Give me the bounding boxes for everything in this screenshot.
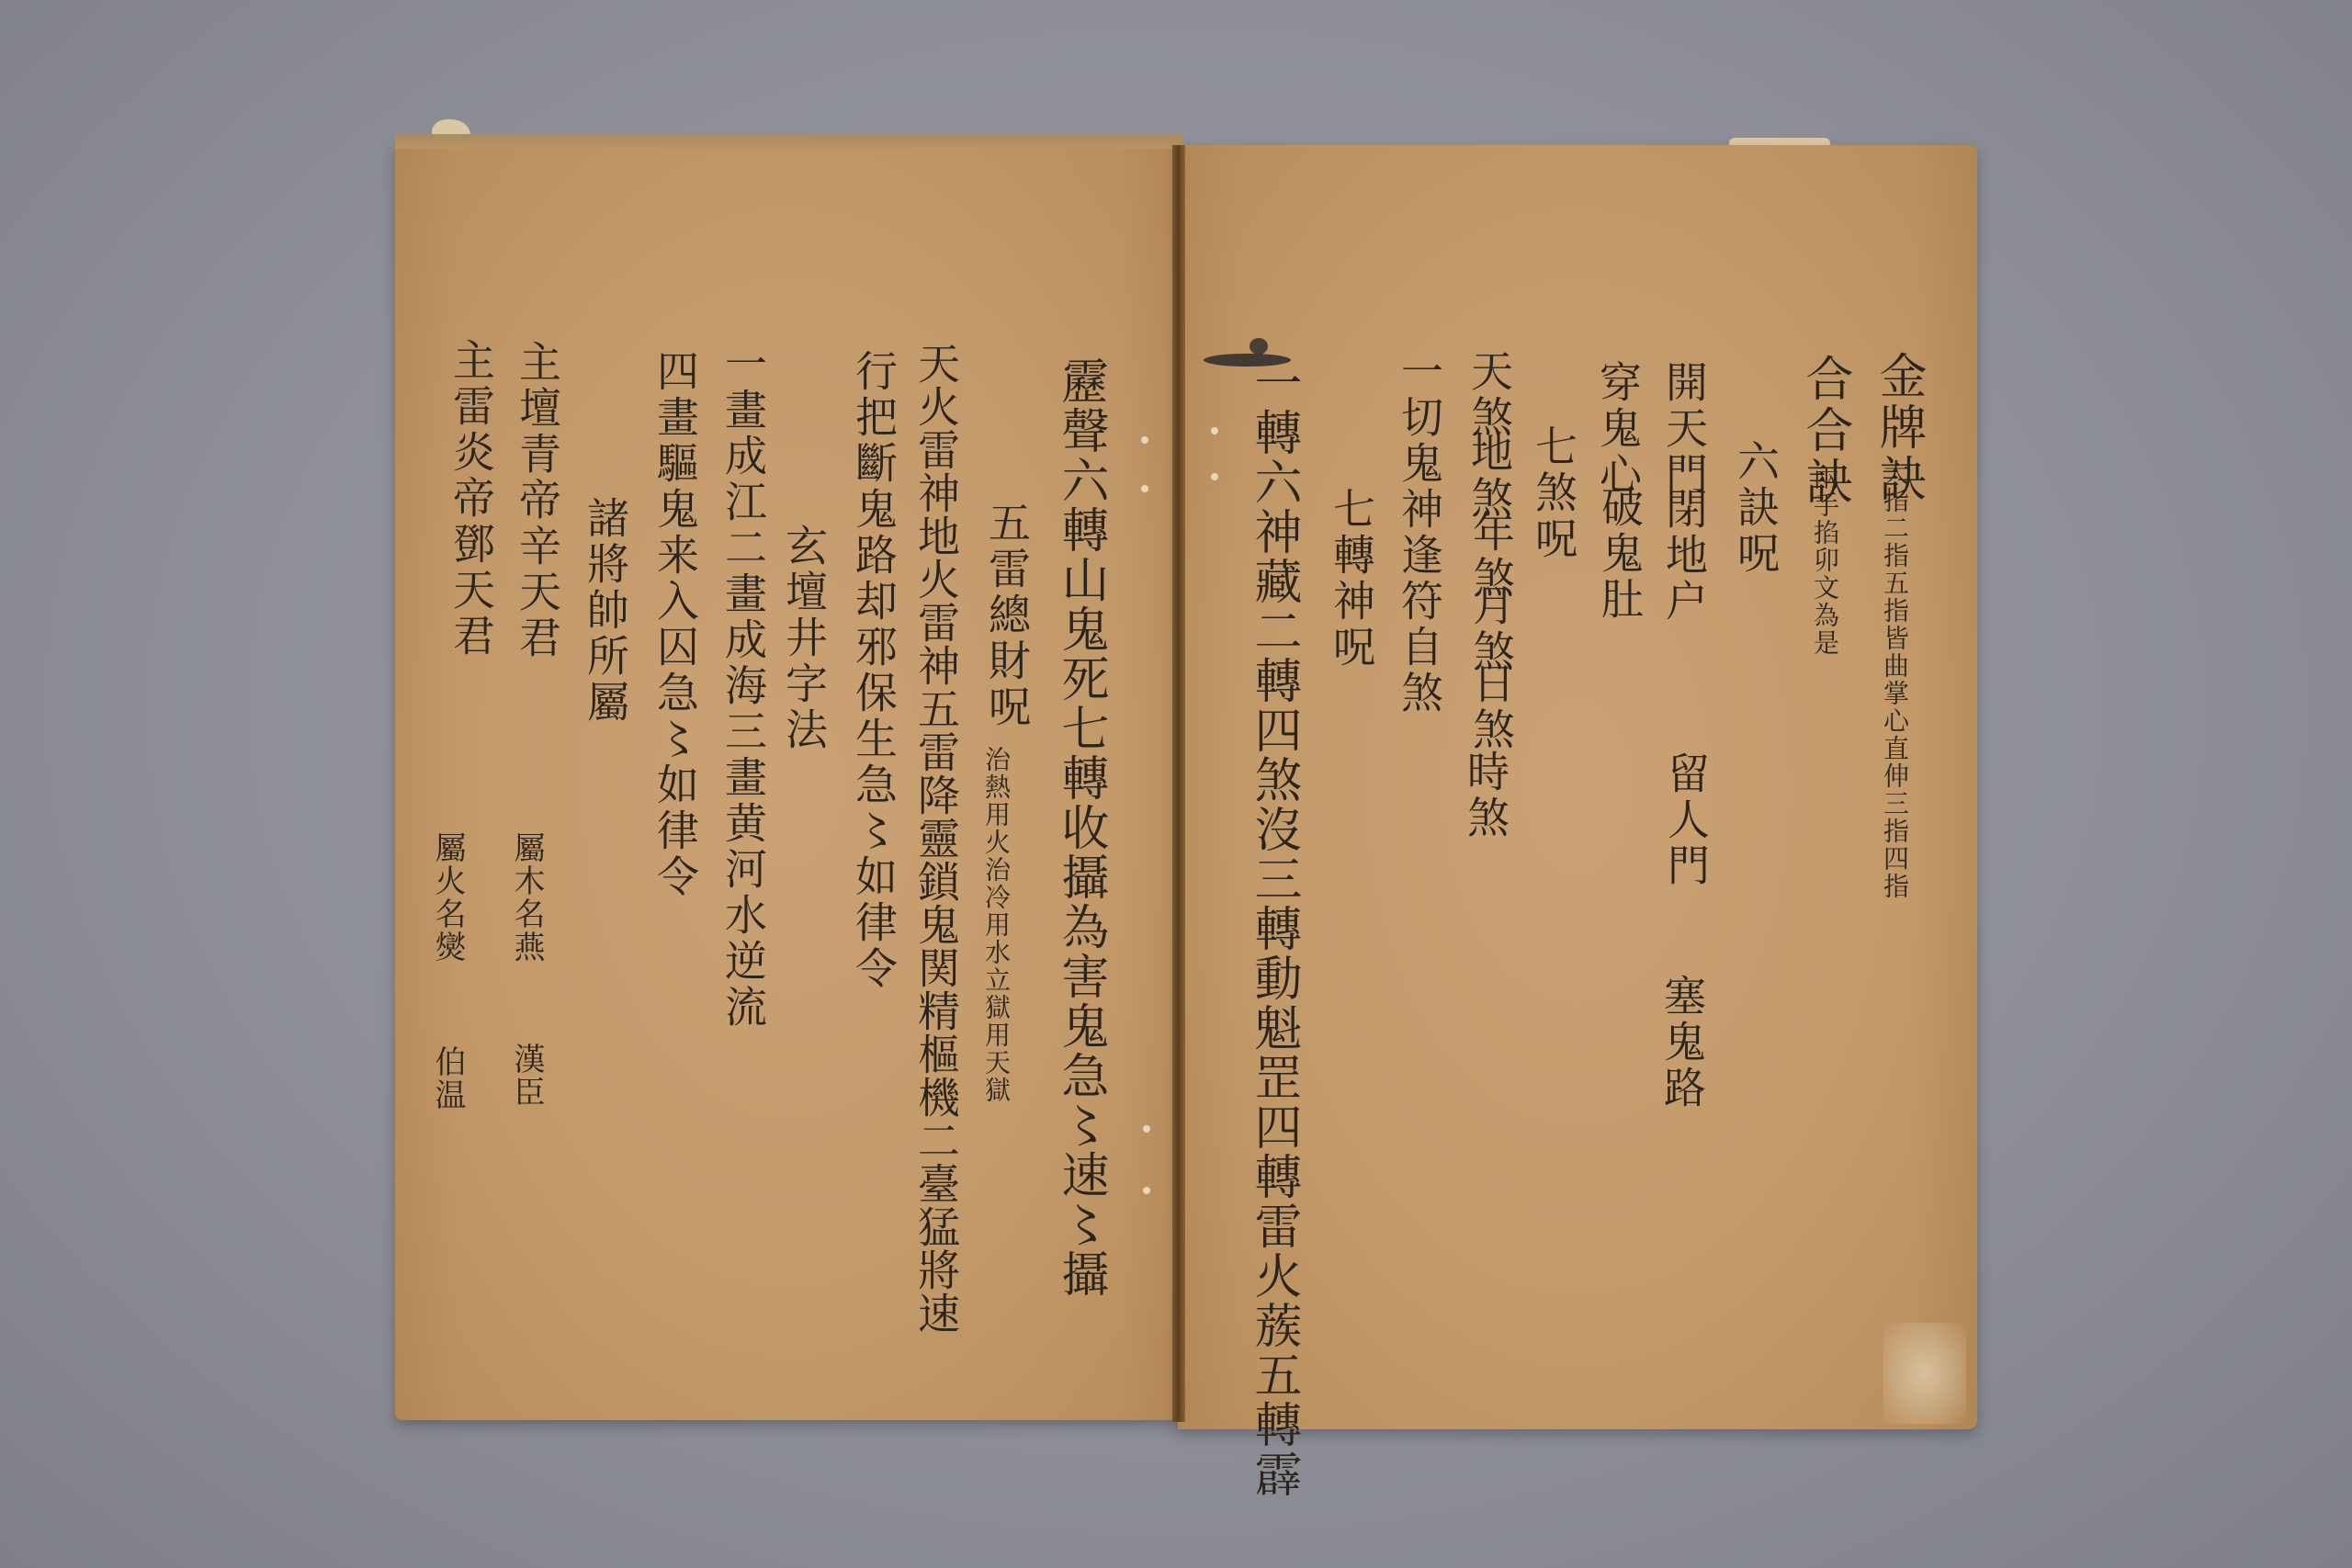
text-column: 開天門: [1663, 360, 1705, 498]
text-column-note: 伯温: [432, 1045, 463, 1111]
text-column: 天煞: [1468, 349, 1510, 441]
text-column: 塞鬼路: [1661, 974, 1703, 1111]
text-column-heading: 五雷總財呪: [986, 501, 1028, 730]
text-column-heading: 七煞呪: [1532, 424, 1575, 562]
text-column: 一轉六神藏二轉四煞沒三轉動魁罡四轉雷火蔟五轉霹: [1249, 358, 1297, 1499]
binding-hole: [1141, 436, 1148, 444]
binding-hole: [1143, 1125, 1150, 1133]
text-column-note: 兩手掐卯文為是: [1812, 464, 1837, 657]
text-column: 主雷炎帝鄧天君: [450, 338, 492, 660]
paper-wear: [1883, 1323, 1966, 1424]
manuscript-spread: 金牌訣 大指二指五指皆曲掌心直伸三指四指 合合訣 兩手掐卯文為是 六訣呪 開天門…: [0, 0, 2352, 1568]
text-column: 時煞: [1464, 750, 1507, 841]
text-column: 穿鬼心: [1597, 360, 1639, 498]
text-column: 日煞: [1470, 661, 1512, 753]
binding-hole: [1143, 1187, 1150, 1194]
text-column: 天火雷神地火雷神五雷降靈鎖鬼関精樞機二臺猛將速: [915, 342, 957, 1335]
text-column: 行把斷鬼路却邪保生急〻如律令: [853, 349, 895, 992]
text-column: 留人門: [1665, 751, 1707, 889]
text-column-note: 屬木名燕: [511, 831, 542, 964]
text-column: 靂聲六轉山鬼死七轉收攝為害鬼急〻速〻攝: [1057, 356, 1104, 1299]
text-column: 主壇青帝辛天君: [516, 340, 559, 661]
text-column-heading: 玄壇井字法: [783, 524, 825, 753]
ink-blot: [1249, 338, 1268, 355]
text-column-note: 大指二指五指皆曲掌心直伸三指四指: [1882, 459, 1907, 900]
text-column: 一畫成江二畫成海三畫黄河水逆流: [722, 342, 764, 1031]
text-column: 地煞: [1468, 430, 1510, 522]
text-column: 四畫驅鬼来入囚急〻如律令: [654, 349, 696, 900]
text-column-note: 屬火名爕: [432, 831, 463, 964]
text-column-note: 漢臣: [511, 1043, 542, 1109]
binding-hole: [1211, 427, 1218, 434]
text-column-heading: 七轉神呪: [1330, 487, 1373, 671]
text-column: 破鬼肚: [1599, 485, 1641, 623]
binding-hole: [1141, 485, 1148, 492]
text-column-heading: 諸將帥所屬: [584, 496, 627, 726]
text-column-note: 治熱用火治冷用水立獄用天獄: [983, 746, 1009, 1104]
text-column: 一切鬼神逢符自煞: [1398, 349, 1441, 716]
text-column-heading: 六訣呪: [1735, 439, 1777, 577]
book-spine: [1172, 145, 1185, 1422]
text-column: 閉地户: [1663, 487, 1705, 625]
binding-hole: [1211, 473, 1218, 480]
